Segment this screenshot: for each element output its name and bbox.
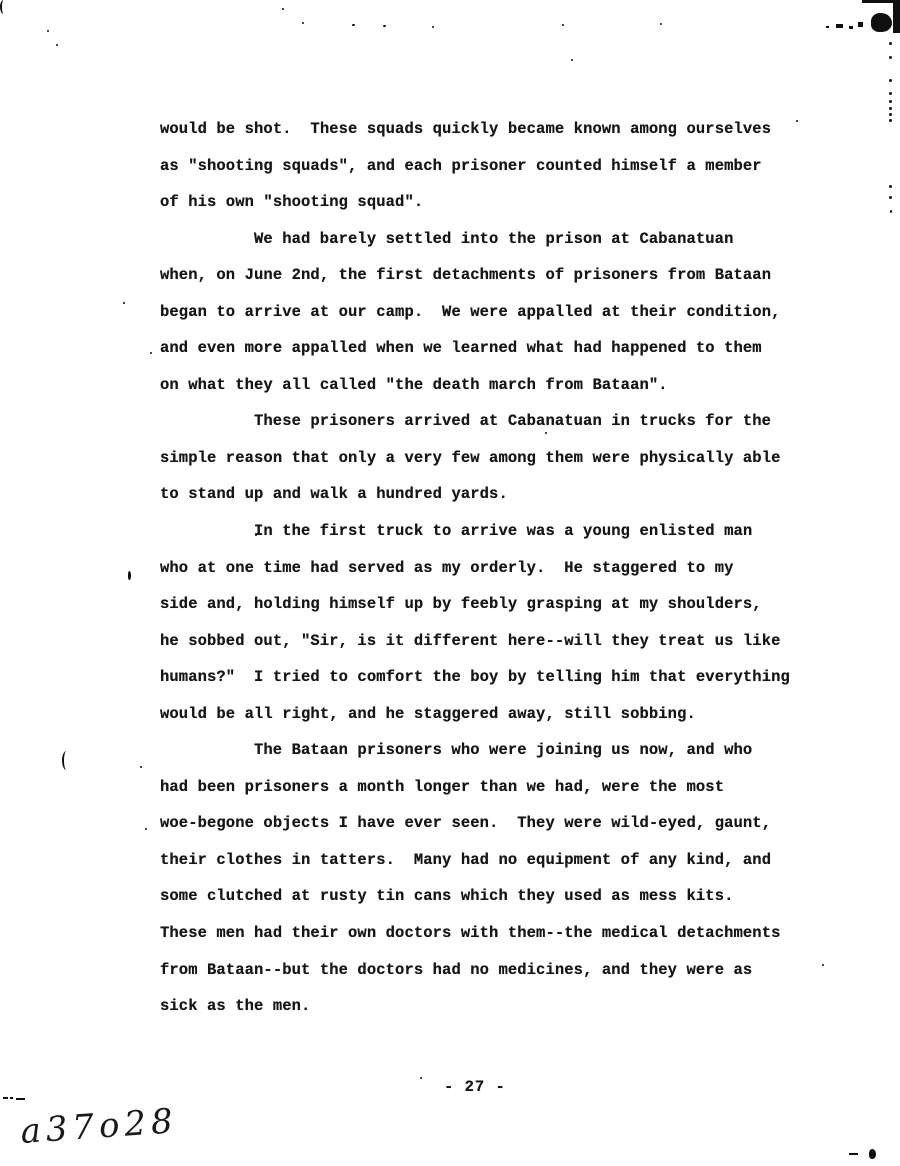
text-line: simple reason that only a very few among… [160, 440, 820, 477]
bottom-right-mark [869, 1149, 876, 1159]
speckle [56, 44, 58, 46]
text-line: humans?" I tried to comfort the boy by t… [160, 659, 820, 696]
top-edge-strip [862, 0, 900, 3]
text-line: These prisoners arrived at Cabanatuan in… [160, 403, 820, 440]
bottom-right-mark [849, 1153, 858, 1155]
speckle [123, 302, 125, 304]
text-line: he sobbed out, "Sir, is it different her… [160, 623, 820, 660]
right-edge-dot [889, 92, 892, 95]
text-line: some clutched at rusty tin cans which th… [160, 878, 820, 915]
smudge-dot [826, 26, 829, 28]
text-line: their clothes in tatters. Many had no eq… [160, 842, 820, 879]
speckle [822, 964, 824, 966]
text-line: of his own "shooting squad". [160, 184, 820, 221]
speckle [432, 26, 434, 28]
scanned-document-page: would be shot. These squads quickly beca… [0, 0, 900, 1166]
text-line: woe-begone objects I have ever seen. The… [160, 805, 820, 842]
speckle [352, 24, 355, 26]
text-line: when, on June 2nd, the first detachments… [160, 257, 820, 294]
speckle [562, 24, 564, 26]
page-number: - 27 - [444, 1078, 506, 1096]
text-line: as "shooting squads", and each prisoner … [160, 148, 820, 185]
right-edge-dot [890, 210, 892, 213]
speckle [660, 23, 662, 25]
text-line: and even more appalled when we learned w… [160, 330, 820, 367]
text-line: We had barely settled into the prison at… [160, 221, 820, 258]
smudge-dot [836, 24, 843, 28]
left-edge-dash [3, 1097, 8, 1099]
speckle [383, 25, 386, 27]
speckle [47, 30, 49, 32]
right-edge-dot [889, 107, 892, 110]
right-edge-dot [889, 113, 892, 116]
stray-paren-mark [62, 751, 71, 770]
text-line: from Bataan--but the doctors had no medi… [160, 952, 820, 989]
top-left-corner-mark [0, 0, 7, 14]
left-edge-dash [16, 1098, 25, 1100]
text-line: who at one time had served as my orderly… [160, 550, 820, 587]
text-line: These men had their own doctors with the… [160, 915, 820, 952]
text-line: had been prisoners a month longer than w… [160, 769, 820, 806]
speckle [420, 1077, 422, 1079]
speckle [145, 828, 147, 830]
handwritten-archive-number: a37o28 [19, 1101, 179, 1152]
text-line: The Bataan prisoners who were joining us… [160, 732, 820, 769]
smudge-dot [849, 26, 853, 29]
right-edge-dot [889, 42, 892, 45]
right-edge-dot [889, 56, 892, 59]
speckle [571, 59, 573, 61]
stray-apostrophe-mark [128, 571, 131, 580]
text-line: would be all right, and he staggered awa… [160, 696, 820, 733]
document-text: would be shot. These squads quickly beca… [160, 111, 820, 1025]
right-edge-dot [889, 79, 892, 82]
text-line: side and, holding himself up by feebly g… [160, 586, 820, 623]
top-right-ink-blob [871, 13, 892, 32]
text-line: would be shot. These squads quickly beca… [160, 111, 820, 148]
speckle [302, 22, 304, 24]
speckle [140, 766, 142, 768]
text-line: sick as the men. [160, 988, 820, 1025]
text-line: to stand up and walk a hundred yards. [160, 476, 820, 513]
text-line: on what they all called "the death march… [160, 367, 820, 404]
speckle [282, 8, 284, 10]
right-edge-dot [889, 100, 892, 103]
speckle [150, 352, 152, 354]
top-right-corner-bar [893, 0, 900, 33]
right-edge-dot [889, 185, 892, 188]
smudge-dot [858, 22, 863, 27]
right-edge-dot [889, 119, 892, 122]
text-line: began to arrive at our camp. We were app… [160, 294, 820, 331]
left-edge-dash [10, 1097, 13, 1099]
right-edge-dot [889, 196, 892, 199]
text-line: In the first truck to arrive was a young… [160, 513, 820, 550]
